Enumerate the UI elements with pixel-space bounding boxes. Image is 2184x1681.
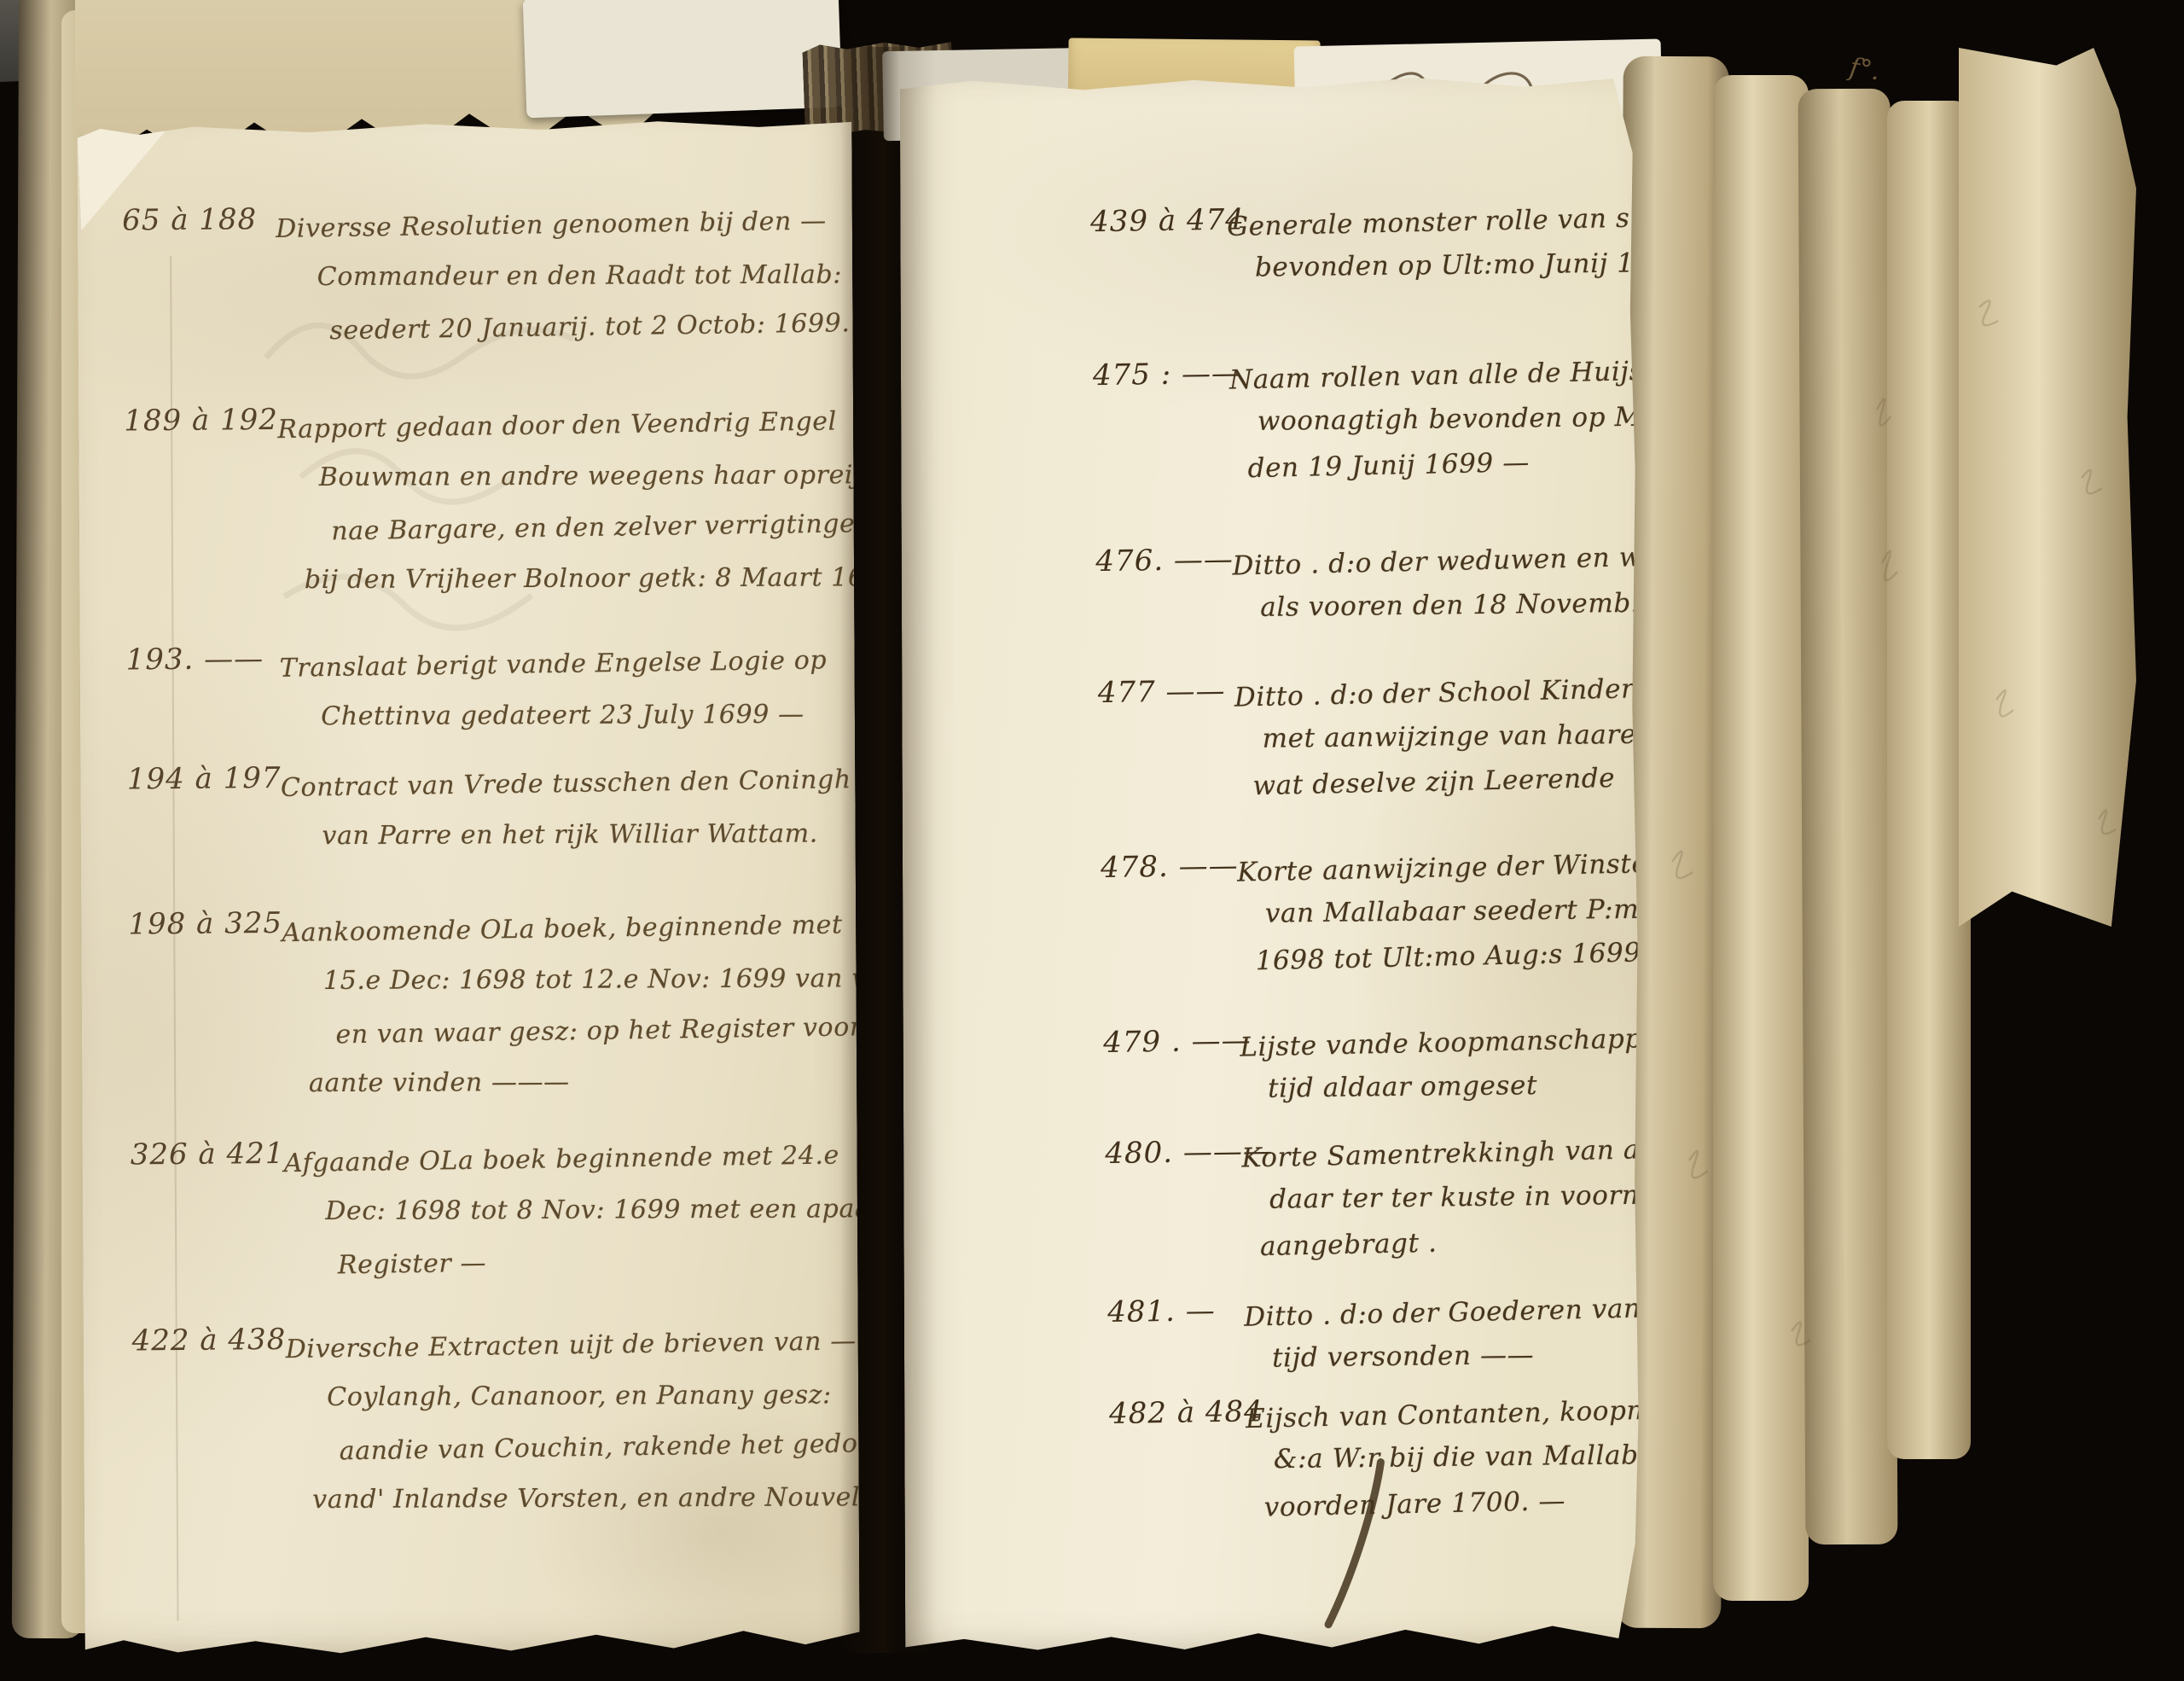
- entry-lines: Diversche Extracten uijt de brieven van …: [285, 1317, 917, 1527]
- ink-flourish-descender: [1314, 1448, 1417, 1653]
- entry-ref: 478. ——: [1101, 849, 1239, 886]
- entry-line: en van waar gesz: op het Register voor: [335, 1002, 899, 1062]
- left-page-entries: 65 à 188 Diversse Resolutien genoomen bi…: [74, 114, 863, 1659]
- entry-line: Contract van Vrede tusschen den Coningh: [281, 754, 852, 814]
- entry-line: seedert 20 Januarij. tot 2 Octob: 1699.: [329, 298, 851, 357]
- photo-backdrop: 65 à 188 Diversse Resolutien genoomen bi…: [0, 0, 2184, 1681]
- index-entry: 193. —— Translaat berigt vande Engelse L…: [125, 637, 827, 745]
- ink-flourish-stroke: [1327, 1463, 1381, 1625]
- entry-lines: Afgaande OLa boek beginnende met 24.e De…: [284, 1131, 895, 1290]
- entry-line: Afgaande OLa boek beginnende met 24.e: [283, 1129, 893, 1189]
- entry-line: nae Bargare, en den zelver verrigtinge: [331, 498, 898, 558]
- entry-ref: 189 à 192: [124, 403, 278, 439]
- entry-line: Bouwman en andre weegens haar opreijse: [319, 450, 897, 503]
- index-entry: 198 à 325 Aankoomende OLa boek, beginnen…: [128, 901, 899, 1113]
- right-page-entries: 439 à 474 Generale monster rolle van s'C…: [891, 69, 1651, 1661]
- entry-line: aante vinden ———: [309, 1056, 899, 1109]
- entry-line: Translaat berigt vande Engelse Logie op: [279, 635, 827, 695]
- entry-lines: Aankoomende OLa boek, beginnende met 15.…: [282, 901, 899, 1111]
- entry-line: bij den Vrijheer Bolnoor getk: 8 Maart 1…: [305, 552, 898, 606]
- entry-lines: Contract van Vrede tusschen den Coningh …: [281, 756, 852, 864]
- entry-line: Rapport gedaan door den Veendrig Engel: [277, 395, 897, 456]
- entry-line: Coylangh, Cananoor, en Panany gesz:: [327, 1370, 916, 1423]
- right-page: 439 à 474 Generale monster rolle van s'C…: [900, 74, 1641, 1657]
- entry-ref: 193. ——: [125, 642, 264, 677]
- entry-ref: 476. ——: [1095, 543, 1234, 579]
- entry-ref: 479 . ——: [1103, 1023, 1252, 1060]
- entry-ref: 439 à 474: [1090, 202, 1245, 239]
- index-entry: 189 à 192 Rapport gedaan door den Veendr…: [124, 398, 898, 609]
- entry-ref: 326 à 421: [131, 1137, 285, 1172]
- entry-line: Register —: [337, 1232, 894, 1292]
- entry-ref: 475 : ——: [1093, 356, 1242, 393]
- entry-ref: 422 à 438: [131, 1323, 286, 1358]
- entry-ref: 198 à 325: [128, 906, 282, 942]
- folio-mark: f°.: [1847, 52, 1882, 86]
- index-entry: 326 à 421 Afgaande OLa boek beginnende m…: [131, 1131, 895, 1292]
- entry-ref: 194 à 197: [127, 761, 282, 797]
- index-entry: 194 à 197 Contract van Vrede tusschen de…: [127, 756, 852, 864]
- entry-lines: Diversse Resolutien genoomen bij den — C…: [276, 197, 851, 356]
- entry-line: Diversche Extracten uijt de brieven van …: [285, 1315, 916, 1376]
- index-entry: 422 à 438 Diversche Extracten uijt de br…: [131, 1317, 917, 1528]
- entry-lines: Translaat berigt vande Engelse Logie op …: [279, 637, 827, 744]
- entry-line: 15.e Dec: 1698 tot 12.e Nov: 1699 van wi…: [323, 953, 898, 1007]
- entry-line: Diversse Resolutien genoomen bij den —: [276, 195, 850, 255]
- entry-line: Chettinva gedateert 23 July 1699 —: [321, 689, 828, 743]
- entry-line: van Parre en het rijk Williar Wattam.: [322, 808, 851, 862]
- entry-ref: 482 à 484: [1109, 1394, 1263, 1431]
- under-page-corner: [523, 0, 843, 118]
- entry-ref: 477 ——: [1097, 674, 1225, 710]
- entry-lines: Rapport gedaan door den Veendrig Engel B…: [277, 398, 898, 608]
- entry-ref: 65 à 188: [122, 202, 257, 237]
- left-page: 65 à 188 Diversse Resolutien genoomen bi…: [77, 116, 859, 1658]
- entry-line: aandie van Couchin, rakende het gedoente: [339, 1417, 917, 1477]
- entry-line: Dec: 1698 tot 8 Nov: 1699 met een apaart: [325, 1184, 894, 1237]
- faint-script-decoration: [1621, 51, 2184, 1638]
- index-entry: 65 à 188 Diversse Resolutien genoomen bi…: [122, 197, 851, 357]
- entry-line: Aankoomende OLa boek, beginnende met: [282, 899, 898, 959]
- entry-line: Commandeur en den Raadt tot Mallab:: [317, 249, 850, 303]
- entry-line: vand' Inlandse Vorsten, en andre Nouvell…: [312, 1472, 917, 1526]
- entry-ref: 481. —: [1107, 1294, 1216, 1329]
- faint-script-strokes: [1672, 300, 2116, 1345]
